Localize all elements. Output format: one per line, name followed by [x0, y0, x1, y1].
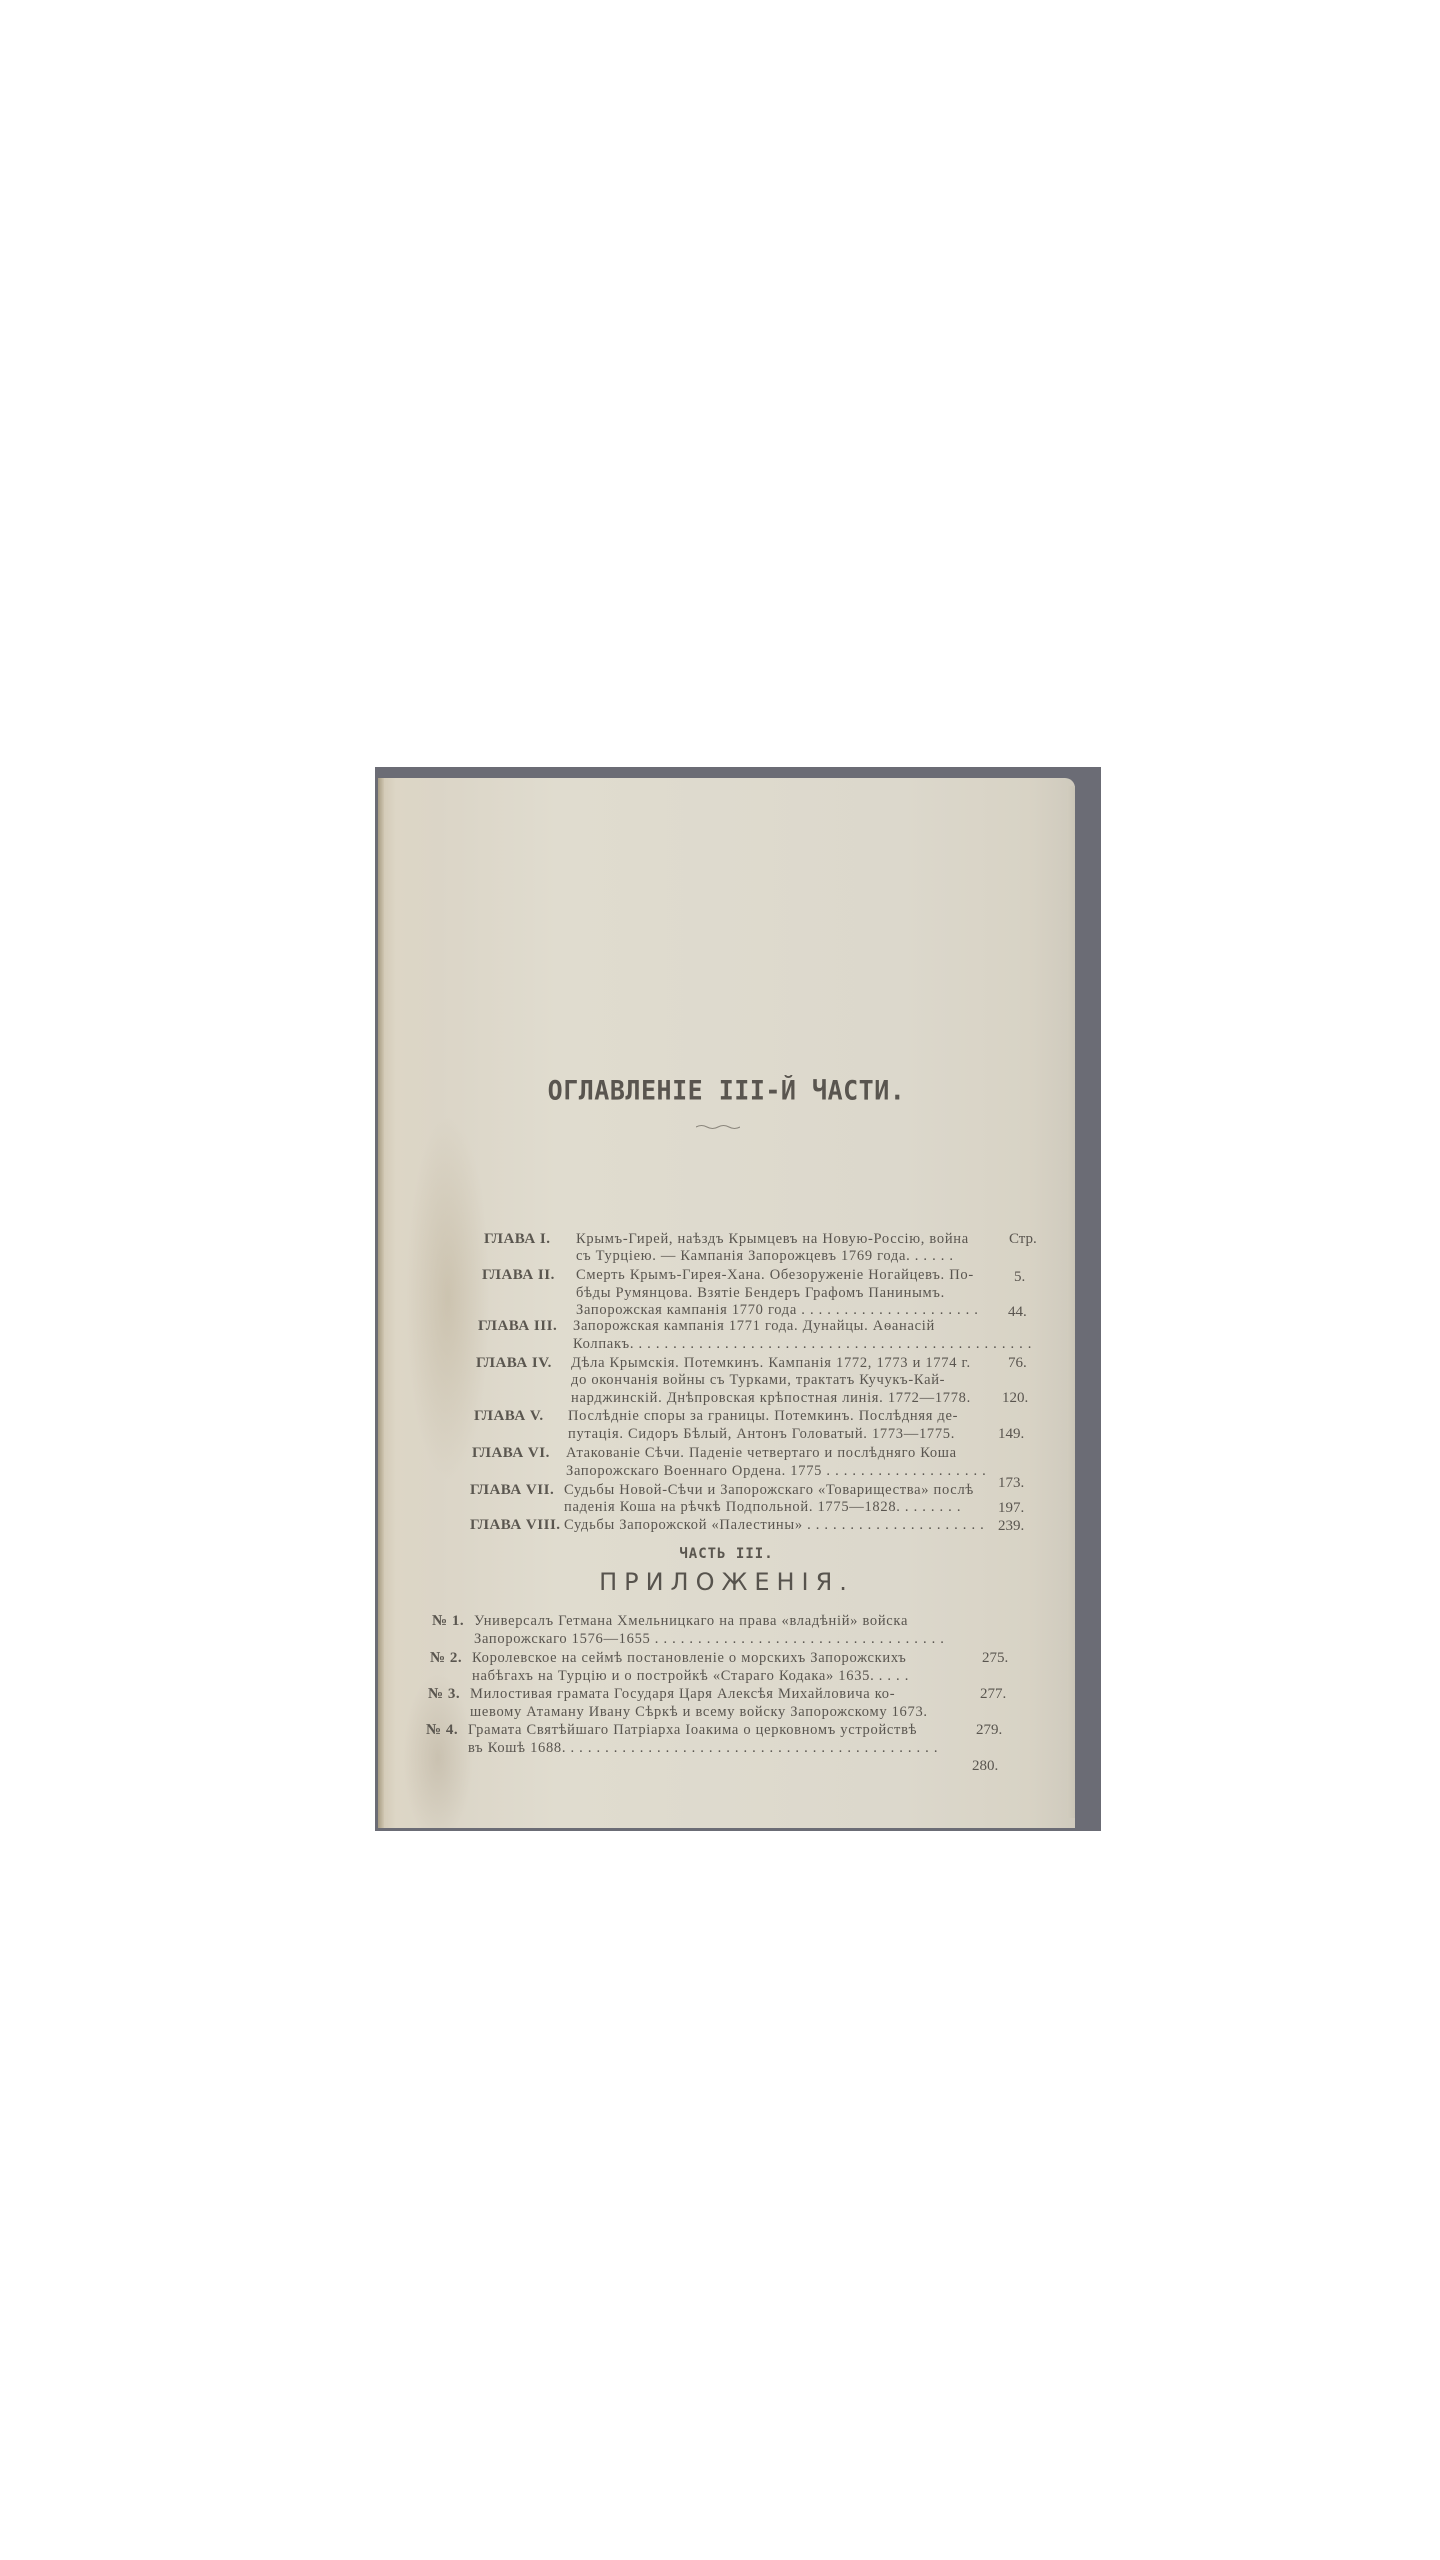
chapter-line: Судьбы Запорожской «Палестины» . . . . .…: [564, 1517, 984, 1534]
toc-title: ОГЛАВЛЕНІЕ III-Й ЧАСТИ.: [378, 1075, 1075, 1105]
appendix-line: Запорожскаго 1576—1655 . . . . . . . . .…: [474, 1631, 945, 1648]
decorative-tilde-icon: [696, 1124, 740, 1130]
part-title: ПРИЛОЖЕНІЯ.: [378, 1568, 1075, 1596]
appendix-line: Милостивая грамата Государя Царя Алексѣя…: [470, 1686, 895, 1703]
chapter-line: паденія Коша на рѣчкѣ Подпольной. 1775—1…: [564, 1499, 961, 1516]
chapter-line: Дѣла Крымскія. Потемкинъ. Кампанія 1772,…: [571, 1355, 971, 1372]
appendix-label: № 4.: [426, 1722, 458, 1739]
appendix-line: Грамата Святѣйшаго Патріарха Іоакима о ц…: [468, 1722, 917, 1739]
page-right-edge: [1067, 786, 1075, 1818]
chapter-line: Послѣдніе споры за границы. Потемкинъ. П…: [568, 1408, 958, 1425]
chapter-line: Запорожская кампанія 1770 года . . . . .…: [576, 1302, 979, 1319]
appendix-page: 277.: [980, 1686, 1006, 1703]
appendix-page: 279.: [976, 1722, 1002, 1739]
appendix-page: 275.: [982, 1650, 1008, 1667]
page-column-header: Стр.: [1009, 1231, 1037, 1248]
chapter-line: Атакованіе Сѣчи. Паденіе четвертаго и по…: [566, 1445, 957, 1462]
chapter-line: путація. Сидоръ Бѣлый, Антонъ Головатый.…: [568, 1426, 955, 1443]
chapter-label: ГЛАВА III.: [478, 1318, 557, 1335]
appendix-line: набѣгахъ на Турцію и о постройкѣ «Стараг…: [472, 1668, 909, 1685]
chapter-page: 239.: [998, 1518, 1024, 1535]
chapter-page: 173.: [998, 1475, 1024, 1492]
chapter-line: Судьбы Новой-Сѣчи и Запорожскаго «Товари…: [564, 1482, 974, 1499]
appendix-line: шевому Атаману Ивану Сѣркѣ и всему войск…: [470, 1704, 928, 1721]
appendix-label: № 3.: [428, 1686, 460, 1703]
appendix-line: въ Кошѣ 1688. . . . . . . . . . . . . . …: [468, 1740, 938, 1757]
chapter-line: до окончанія войны съ Турками, трактатъ …: [571, 1372, 945, 1389]
appendix-line: Королевское на сеймѣ постановленіе о мор…: [472, 1650, 906, 1667]
chapter-label: ГЛАВА V.: [474, 1408, 544, 1425]
appendix-line: Универсалъ Гетмана Хмельницкаго на права…: [474, 1613, 908, 1630]
appendix-page: 280.: [972, 1758, 998, 1775]
chapter-page: 44.: [1008, 1304, 1027, 1321]
chapter-page: 5.: [1014, 1269, 1025, 1286]
chapter-page: 149.: [998, 1426, 1024, 1443]
chapter-line: Запорожская кампанія 1771 года. Дунайцы.…: [573, 1318, 935, 1335]
chapter-line: бѣды Румянцова. Взятіе Бендеръ Графомъ П…: [576, 1285, 945, 1302]
chapter-label: ГЛАВА VI.: [472, 1445, 550, 1462]
page-binding-edge: [378, 778, 384, 1828]
book-page: ОГЛАВЛЕНІЕ III-Й ЧАСТИ. Стр. ГЛАВА I. Кр…: [378, 778, 1075, 1828]
chapter-label: ГЛАВА IV.: [476, 1355, 552, 1372]
chapter-page: 197.: [998, 1500, 1024, 1517]
chapter-line: нарджинскій. Днѣпровская крѣпостная лині…: [571, 1390, 971, 1407]
chapter-line: Колпакъ. . . . . . . . . . . . . . . . .…: [573, 1336, 1032, 1353]
chapter-page: 120.: [1002, 1390, 1028, 1407]
chapter-label: ГЛАВА VII.: [470, 1482, 554, 1499]
chapter-line: Крымъ-Гирей, наѣздъ Крымцевъ на Новую-Ро…: [576, 1231, 969, 1248]
part-label: ЧАСТЬ III.: [378, 1546, 1075, 1562]
chapter-label: ГЛАВА I.: [484, 1231, 551, 1248]
chapter-line: Запорожскаго Военнаго Ордена. 1775 . . .…: [566, 1463, 986, 1480]
chapter-label: ГЛАВА VIII.: [470, 1517, 561, 1534]
chapter-label: ГЛАВА II.: [482, 1267, 555, 1284]
chapter-line: Смерть Крымъ-Гирея-Хана. Обезоруженіе Но…: [576, 1267, 974, 1284]
appendix-label: № 2.: [430, 1650, 462, 1667]
appendix-label: № 1.: [432, 1613, 464, 1630]
chapter-line: съ Турціею. — Кампанія Запорожцевъ 1769 …: [576, 1248, 954, 1265]
chapter-page: 76.: [1008, 1355, 1027, 1372]
